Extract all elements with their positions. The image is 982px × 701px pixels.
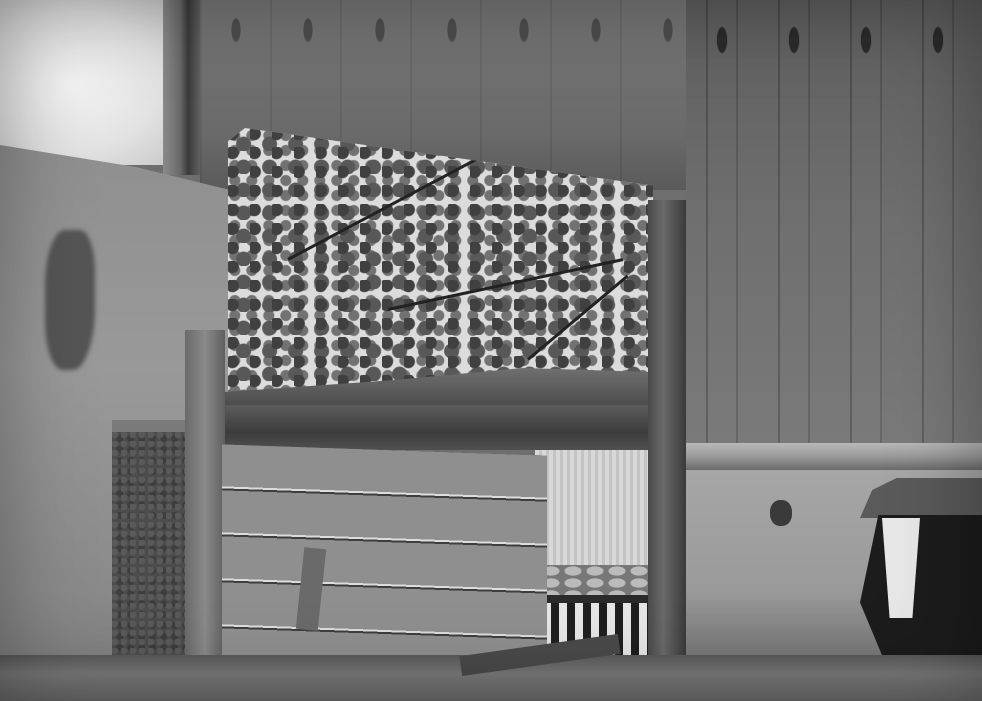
wall-hole (770, 500, 792, 526)
wooden-beam (225, 405, 670, 450)
right-wallpaper-wall (686, 0, 982, 445)
upper-left-window (0, 0, 175, 165)
left-pillar (185, 330, 225, 690)
damaged-plaster-patch (45, 230, 95, 370)
dado-rail (686, 443, 982, 470)
window-frame (163, 0, 205, 175)
photograph (0, 0, 982, 701)
wallpaper-pattern-upper (200, 0, 690, 100)
door-post (648, 200, 686, 660)
